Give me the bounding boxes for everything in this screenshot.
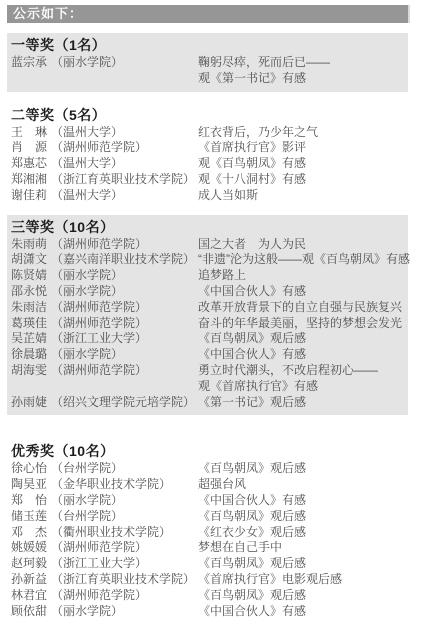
winner-name-col: 赵珂毅 （浙江工业大学） — [11, 556, 198, 572]
winner-name-col: 顾依甜 （丽水学院） — [11, 604, 198, 620]
winner-name: 葛瑛佳 — [11, 316, 47, 332]
winner-institution: （温州大学） — [51, 125, 123, 141]
winner-name-col: 林君宜 （湖州师范学院） — [11, 588, 198, 604]
work-title: 改革开放背景下的自立自强与民族复兴 — [198, 300, 438, 316]
winner-name: 顾依甜 — [11, 604, 47, 620]
winner-name-col: 郑惠芯 （温州大学） — [11, 156, 198, 172]
winner-name-col: 邵永悦 （丽水学院） — [11, 284, 198, 300]
winner-name: 王 琳 — [11, 125, 47, 141]
section-heading: 二等奖（5名） — [11, 106, 408, 125]
winner-name-col: 郑湘湘 （浙江育英职业技术学院） — [11, 172, 198, 188]
winner-institution: （衢州职业技术学院） — [51, 525, 171, 541]
section-excellence-award: 优秀奖（10名） 徐心怡 （台州学院） 《百鸟朝凤》观后感 陶昊亚 （金华职业技… — [7, 439, 408, 624]
work-title: 《中国合伙人》有感 — [198, 347, 438, 363]
work-title: 奋斗的年华最美丽，坚持的梦想会发光 — [198, 316, 438, 332]
winner-name: 谢佳莉 — [11, 188, 47, 204]
winner-name-col: 朱雨萌 （湖州师范学院） — [11, 237, 198, 253]
winner-name-col: 徐晨璐 （丽水学院） — [11, 347, 198, 363]
winner-row: 赵珂毅 （浙江工业大学） 《百鸟朝凤》观后感 — [11, 556, 408, 572]
winner-row: 郑惠芯 （温州大学） 观《百鸟朝凤》有感 — [11, 156, 408, 172]
work-title: 红衣背后，乃少年之气 — [198, 125, 438, 141]
winner-name: 陶昊亚 — [11, 477, 47, 493]
work-title: 《首席执行官》影评 — [198, 140, 438, 156]
work-title: 《红衣少女》观后感 — [198, 525, 438, 541]
winner-name-col: 孙雨婕 （绍兴文理学院元培学院） — [11, 395, 198, 411]
work-title: 《百鸟朝凤》观后感 — [198, 588, 438, 604]
work-title: 超强台风 — [198, 477, 438, 493]
winner-row: 储玉莲 （台州学院） 《百鸟朝凤》观后感 — [11, 509, 408, 525]
winner-name: 肖 源 — [11, 140, 47, 156]
winner-row: 胡潇文 （嘉兴南洋职业技术学院） “非遗”沦为这般——观《百鸟朝凤》有感 — [11, 252, 408, 268]
winner-name-col: 肖 源 （湖州师范学院） — [11, 140, 198, 156]
winner-institution: （台州学院） — [51, 461, 123, 477]
winner-row: 邵永悦 （丽水学院） 《中国合伙人》有感 — [11, 284, 408, 300]
work-title: 《百鸟朝凤》观后感 — [198, 331, 438, 347]
work-title: 梦想在自己手中 — [198, 540, 438, 556]
winner-list: 朱雨萌 （湖州师范学院） 国之大者 为人为民 胡潇文 （嘉兴南洋职业技术学院） … — [11, 237, 408, 411]
winner-institution: （嘉兴南洋职业技术学院） — [51, 252, 195, 268]
winner-name: 徐晨璐 — [11, 347, 47, 363]
winner-row: 郑湘湘 （浙江育英职业技术学院） 观《十八洞村》有感 — [11, 172, 408, 188]
winner-name-col: 徐心怡 （台州学院） — [11, 461, 198, 477]
section-first-prize: 一等奖（1名） 蓝宗承 （丽水学院） 鞠躬尽瘁，死而后已—— 观《第一书记》有感 — [7, 33, 408, 92]
winner-row: 陈贤婧 （丽水学院） 追梦路上 — [11, 268, 408, 284]
winner-name: 蓝宗承 — [11, 55, 47, 87]
winner-name-col: 孙新益 （浙江育英职业技术学院） — [11, 572, 198, 588]
winner-name-col: 邓 杰 （衢州职业技术学院） — [11, 525, 198, 541]
winner-row: 邓 杰 （衢州职业技术学院） 《红衣少女》观后感 — [11, 525, 408, 541]
section-heading: 一等奖（1名） — [11, 36, 408, 55]
winner-name-col: 朱雨洁 （湖州师范学院） — [11, 300, 198, 316]
winner-row: 陶昊亚 （金华职业技术学院） 超强台风 — [11, 477, 408, 493]
winner-institution: （温州大学） — [51, 188, 123, 204]
work-title: 鞠躬尽瘁，死而后已—— 观《第一书记》有感 — [198, 55, 438, 87]
winner-name: 胡海雯 — [11, 363, 47, 395]
work-title: 勇立时代潮头，不改启程初心—— 观《首席执行官》有感 — [198, 363, 438, 395]
winner-row: 蓝宗承 （丽水学院） 鞠躬尽瘁，死而后已—— 观《第一书记》有感 — [11, 55, 408, 87]
winner-name-col: 蓝宗承 （丽水学院） — [11, 55, 198, 87]
winner-list: 徐心怡 （台州学院） 《百鸟朝凤》观后感 陶昊亚 （金华职业技术学院） 超强台风… — [11, 461, 408, 619]
winner-name: 胡潇文 — [11, 252, 47, 268]
winner-name-col: 姚媛媛 （湖州师范学院） — [11, 540, 198, 556]
winner-institution: （湖州师范学院） — [51, 140, 147, 156]
winner-row: 肖 源 （湖州师范学院） 《首席执行官》影评 — [11, 140, 408, 156]
winner-institution: （湖州师范学院） — [51, 588, 147, 604]
winner-name: 邓 杰 — [11, 525, 47, 541]
winner-row: 顾依甜 （丽水学院） 《中国合伙人》有感 — [11, 604, 408, 620]
winner-institution: （湖州师范学院） — [51, 316, 147, 332]
winner-name-col: 陶昊亚 （金华职业技术学院） — [11, 477, 198, 493]
winner-institution: （台州学院） — [51, 509, 123, 525]
winner-name: 林君宜 — [11, 588, 47, 604]
winner-row: 孙雨婕 （绍兴文理学院元培学院） 《第一书记》观后感 — [11, 395, 408, 411]
work-title: 《百鸟朝凤》观后感 — [198, 461, 438, 477]
winner-name: 朱雨洁 — [11, 300, 47, 316]
winner-name-col: 郑 怡 （丽水学院） — [11, 493, 198, 509]
section-third-prize: 三等奖（10名） 朱雨萌 （湖州师范学院） 国之大者 为人为民 胡潇文 （嘉兴南… — [7, 215, 408, 416]
winner-row: 朱雨洁 （湖州师范学院） 改革开放背景下的自立自强与民族复兴 — [11, 300, 408, 316]
winner-institution: （浙江工业大学） — [51, 331, 147, 347]
work-title: 观《十八洞村》有感 — [198, 172, 438, 188]
winner-institution: （丽水学院） — [51, 284, 123, 300]
winner-institution: （湖州师范学院） — [51, 363, 147, 395]
winner-row: 姚媛媛 （湖州师范学院） 梦想在自己手中 — [11, 540, 408, 556]
winner-institution: （温州大学） — [51, 156, 123, 172]
winner-name-col: 谢佳莉 （温州大学） — [11, 188, 198, 204]
winner-institution: （湖州师范学院） — [51, 237, 147, 253]
winner-row: 葛瑛佳 （湖州师范学院） 奋斗的年华最美丽，坚持的梦想会发光 — [11, 316, 408, 332]
work-title: 《百鸟朝凤》观后感 — [198, 556, 438, 572]
winner-name: 郑湘湘 — [11, 172, 47, 188]
work-title: 《第一书记》观后感 — [198, 395, 438, 411]
work-title: 《百鸟朝凤》观后感 — [198, 509, 438, 525]
winner-institution: （丽水学院） — [51, 55, 123, 87]
winner-institution: （浙江育英职业技术学院） — [51, 572, 195, 588]
winner-institution: （浙江工业大学） — [51, 556, 147, 572]
winner-name: 郑 怡 — [11, 493, 47, 509]
winner-institution: （绍兴文理学院元培学院） — [51, 395, 195, 411]
section-second-prize: 二等奖（5名） 王 琳 （温州大学） 红衣背后，乃少年之气 肖 源 （湖州师范学… — [7, 103, 408, 209]
winner-name-col: 储玉莲 （台州学院） — [11, 509, 198, 525]
winner-institution: （丽水学院） — [51, 604, 123, 620]
winner-institution: （金华职业技术学院） — [51, 477, 171, 493]
work-title: “非遗”沦为这般——观《百鸟朝凤》有感 — [198, 252, 438, 268]
winner-row: 林君宜 （湖州师范学院） 《百鸟朝凤》观后感 — [11, 588, 408, 604]
winner-name: 吴芷婧 — [11, 331, 47, 347]
winner-name-col: 胡海雯 （湖州师范学院） — [11, 363, 198, 395]
section-heading: 优秀奖（10名） — [11, 442, 408, 461]
winner-name: 孙新益 — [11, 572, 47, 588]
winner-name-col: 葛瑛佳 （湖州师范学院） — [11, 316, 198, 332]
winner-name: 邵永悦 — [11, 284, 47, 300]
winner-name-col: 陈贤婧 （丽水学院） — [11, 268, 198, 284]
work-title: 《首席执行官》电影观后感 — [198, 572, 438, 588]
winner-name: 徐心怡 — [11, 461, 47, 477]
header-bar: 公示如下： — [7, 5, 410, 23]
winner-name: 陈贤婧 — [11, 268, 47, 284]
header-title: 公示如下： — [13, 6, 83, 21]
winner-row: 孙新益 （浙江育英职业技术学院） 《首席执行官》电影观后感 — [11, 572, 408, 588]
work-title: 《中国合伙人》有感 — [198, 604, 438, 620]
work-title: 成人当如斯 — [198, 188, 438, 204]
winner-institution: （丽水学院） — [51, 493, 123, 509]
winner-name-col: 胡潇文 （嘉兴南洋职业技术学院） — [11, 252, 198, 268]
winner-name: 孙雨婕 — [11, 395, 47, 411]
winner-name-col: 吴芷婧 （浙江工业大学） — [11, 331, 198, 347]
winner-list: 王 琳 （温州大学） 红衣背后，乃少年之气 肖 源 （湖州师范学院） 《首席执行… — [11, 125, 408, 204]
announcement-page: 公示如下： 一等奖（1名） 蓝宗承 （丽水学院） 鞠躬尽瘁，死而后已—— 观《第… — [0, 0, 438, 624]
winner-name: 储玉莲 — [11, 509, 47, 525]
work-title: 《中国合伙人》有感 — [198, 493, 438, 509]
winner-institution: （丽水学院） — [51, 347, 123, 363]
winner-row: 谢佳莉 （温州大学） 成人当如斯 — [11, 188, 408, 204]
work-title: 《中国合伙人》有感 — [198, 284, 438, 300]
winner-name: 朱雨萌 — [11, 237, 47, 253]
winner-list: 蓝宗承 （丽水学院） 鞠躬尽瘁，死而后已—— 观《第一书记》有感 — [11, 55, 408, 87]
winner-row: 徐晨璐 （丽水学院） 《中国合伙人》有感 — [11, 347, 408, 363]
winner-row: 徐心怡 （台州学院） 《百鸟朝凤》观后感 — [11, 461, 408, 477]
winner-row: 胡海雯 （湖州师范学院） 勇立时代潮头，不改启程初心—— 观《首席执行官》有感 — [11, 363, 408, 395]
winner-row: 朱雨萌 （湖州师范学院） 国之大者 为人为民 — [11, 237, 408, 253]
winner-row: 吴芷婧 （浙江工业大学） 《百鸟朝凤》观后感 — [11, 331, 408, 347]
work-title: 观《百鸟朝凤》有感 — [198, 156, 438, 172]
winner-name: 姚媛媛 — [11, 540, 47, 556]
winner-institution: （浙江育英职业技术学院） — [51, 172, 195, 188]
section-heading: 三等奖（10名） — [11, 218, 408, 237]
work-title: 追梦路上 — [198, 268, 438, 284]
winner-name-col: 王 琳 （温州大学） — [11, 125, 198, 141]
winner-institution: （丽水学院） — [51, 268, 123, 284]
winner-row: 王 琳 （温州大学） 红衣背后，乃少年之气 — [11, 125, 408, 141]
winner-name: 郑惠芯 — [11, 156, 47, 172]
winner-institution: （湖州师范学院） — [51, 300, 147, 316]
work-title: 国之大者 为人为民 — [198, 237, 438, 253]
winner-institution: （湖州师范学院） — [51, 540, 147, 556]
winner-row: 郑 怡 （丽水学院） 《中国合伙人》有感 — [11, 493, 408, 509]
winner-name: 赵珂毅 — [11, 556, 47, 572]
